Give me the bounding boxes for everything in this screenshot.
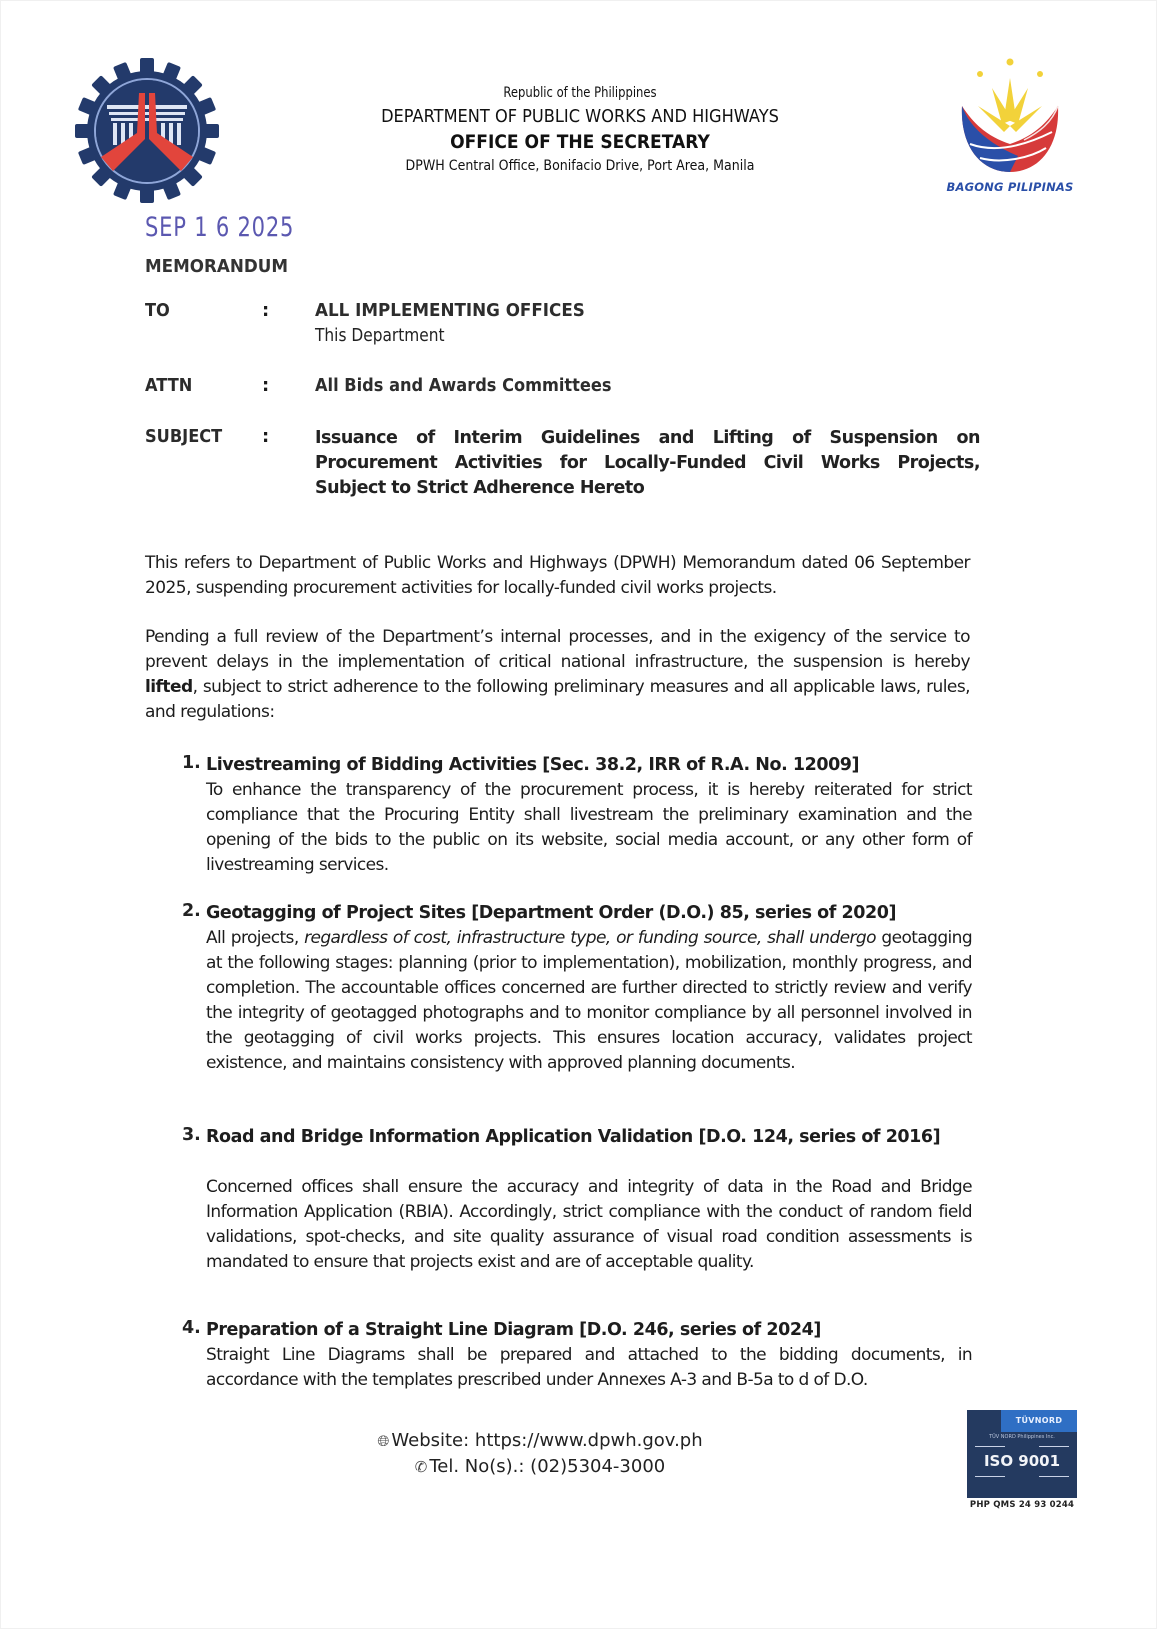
subject-value: Issuance of Interim Guidelines and Lifti…	[315, 426, 980, 501]
attn-colon: :	[262, 375, 269, 396]
lifted-emphasis: lifted	[145, 677, 193, 697]
iso-certificate-number: PHP QMS 24 93 0244	[960, 1500, 1084, 1510]
header-republic: Republic of the Philippines	[322, 85, 837, 101]
item-body: To enhance the transparency of the procu…	[206, 778, 972, 878]
item-heading: Livestreaming of Bidding Activities [Sec…	[206, 753, 972, 778]
header-address: DPWH Central Office, Bonifacio Drive, Po…	[328, 158, 832, 174]
item-body-start: All projects,	[206, 928, 304, 948]
globe-icon: 🌐︎	[377, 1432, 389, 1450]
telephone-number: Tel. No(s).: (02)5304-3000	[429, 1456, 665, 1477]
item-heading: Road and Bridge Information Application …	[206, 1125, 972, 1150]
iso-divider	[1039, 1476, 1069, 1477]
iso-divider	[975, 1476, 1005, 1477]
item-body: Straight Line Diagrams shall be prepared…	[206, 1343, 972, 1393]
item-number: 2.	[182, 901, 201, 921]
to-value: ALL IMPLEMENTING OFFICES	[315, 300, 585, 321]
item-heading: Preparation of a Straight Line Diagram […	[206, 1318, 972, 1343]
to-label: TO	[145, 300, 170, 321]
phone-icon: ✆	[415, 1458, 428, 1476]
iso-divider	[1039, 1446, 1069, 1447]
subject-label: SUBJECT	[145, 426, 222, 447]
bagong-pilipinas-text: BAGONG PILIPINAS	[940, 180, 1080, 194]
bagong-pilipinas-emblem-icon	[940, 48, 1080, 178]
memorandum-page: Republic of the Philippines DEPARTMENT O…	[0, 0, 1157, 1629]
header-department: DEPARTMENT OF PUBLIC WORKS AND HIGHWAYS	[328, 106, 832, 127]
item-heading: Geotagging of Project Sites [Department …	[206, 901, 972, 926]
iso-divider	[975, 1446, 1005, 1447]
iso-brand: TÜVNORD	[1001, 1410, 1077, 1432]
iso-standard: ISO 9001	[967, 1452, 1077, 1470]
item-number: 4.	[182, 1318, 201, 1338]
website-link[interactable]: Website: https://www.dpwh.gov.ph	[391, 1430, 702, 1451]
footer-telephone: ✆Tel. No(s).: (02)5304-3000	[300, 1456, 780, 1477]
iso-issuer: TÜV NORD Philippines Inc.	[973, 1434, 1071, 1440]
item-number: 1.	[182, 753, 201, 773]
item-number: 3.	[182, 1125, 201, 1145]
intro-paragraph: This refers to Department of Public Work…	[145, 551, 970, 601]
item-body: Concerned offices shall ensure the accur…	[206, 1175, 972, 1275]
item-body-rest: geotagging at the following stages: plan…	[206, 928, 972, 1073]
attn-value: All Bids and Awards Committees	[315, 375, 612, 396]
lifting-paragraph: Pending a full review of the Department’…	[145, 625, 970, 725]
memo-title: MEMORANDUM	[145, 256, 288, 277]
item-body: All projects, regardless of cost, infras…	[206, 926, 972, 1076]
lifting-text-after: , subject to strict adherence to the fol…	[145, 677, 970, 722]
to-colon: :	[262, 300, 269, 321]
received-date-stamp: SEP 1 6 2025	[145, 212, 294, 243]
lifting-text-before: Pending a full review of the Department’…	[145, 627, 970, 672]
dpwh-gear-icon	[74, 58, 220, 204]
header-office: OFFICE OF THE SECRETARY	[328, 131, 832, 153]
iso-certification-badge: TÜVNORD TÜV NORD Philippines Inc. ISO 90…	[967, 1410, 1077, 1498]
item-body-italic: regardless of cost, infrastructure type,…	[304, 928, 876, 948]
subject-colon: :	[262, 426, 269, 447]
dpwh-logo	[74, 58, 220, 204]
bagong-pilipinas-logo: BAGONG PILIPINAS	[940, 48, 1080, 203]
footer-website: 🌐︎Website: https://www.dpwh.gov.ph	[300, 1430, 780, 1451]
attn-label: ATTN	[145, 375, 192, 396]
to-subvalue: This Department	[315, 326, 445, 346]
